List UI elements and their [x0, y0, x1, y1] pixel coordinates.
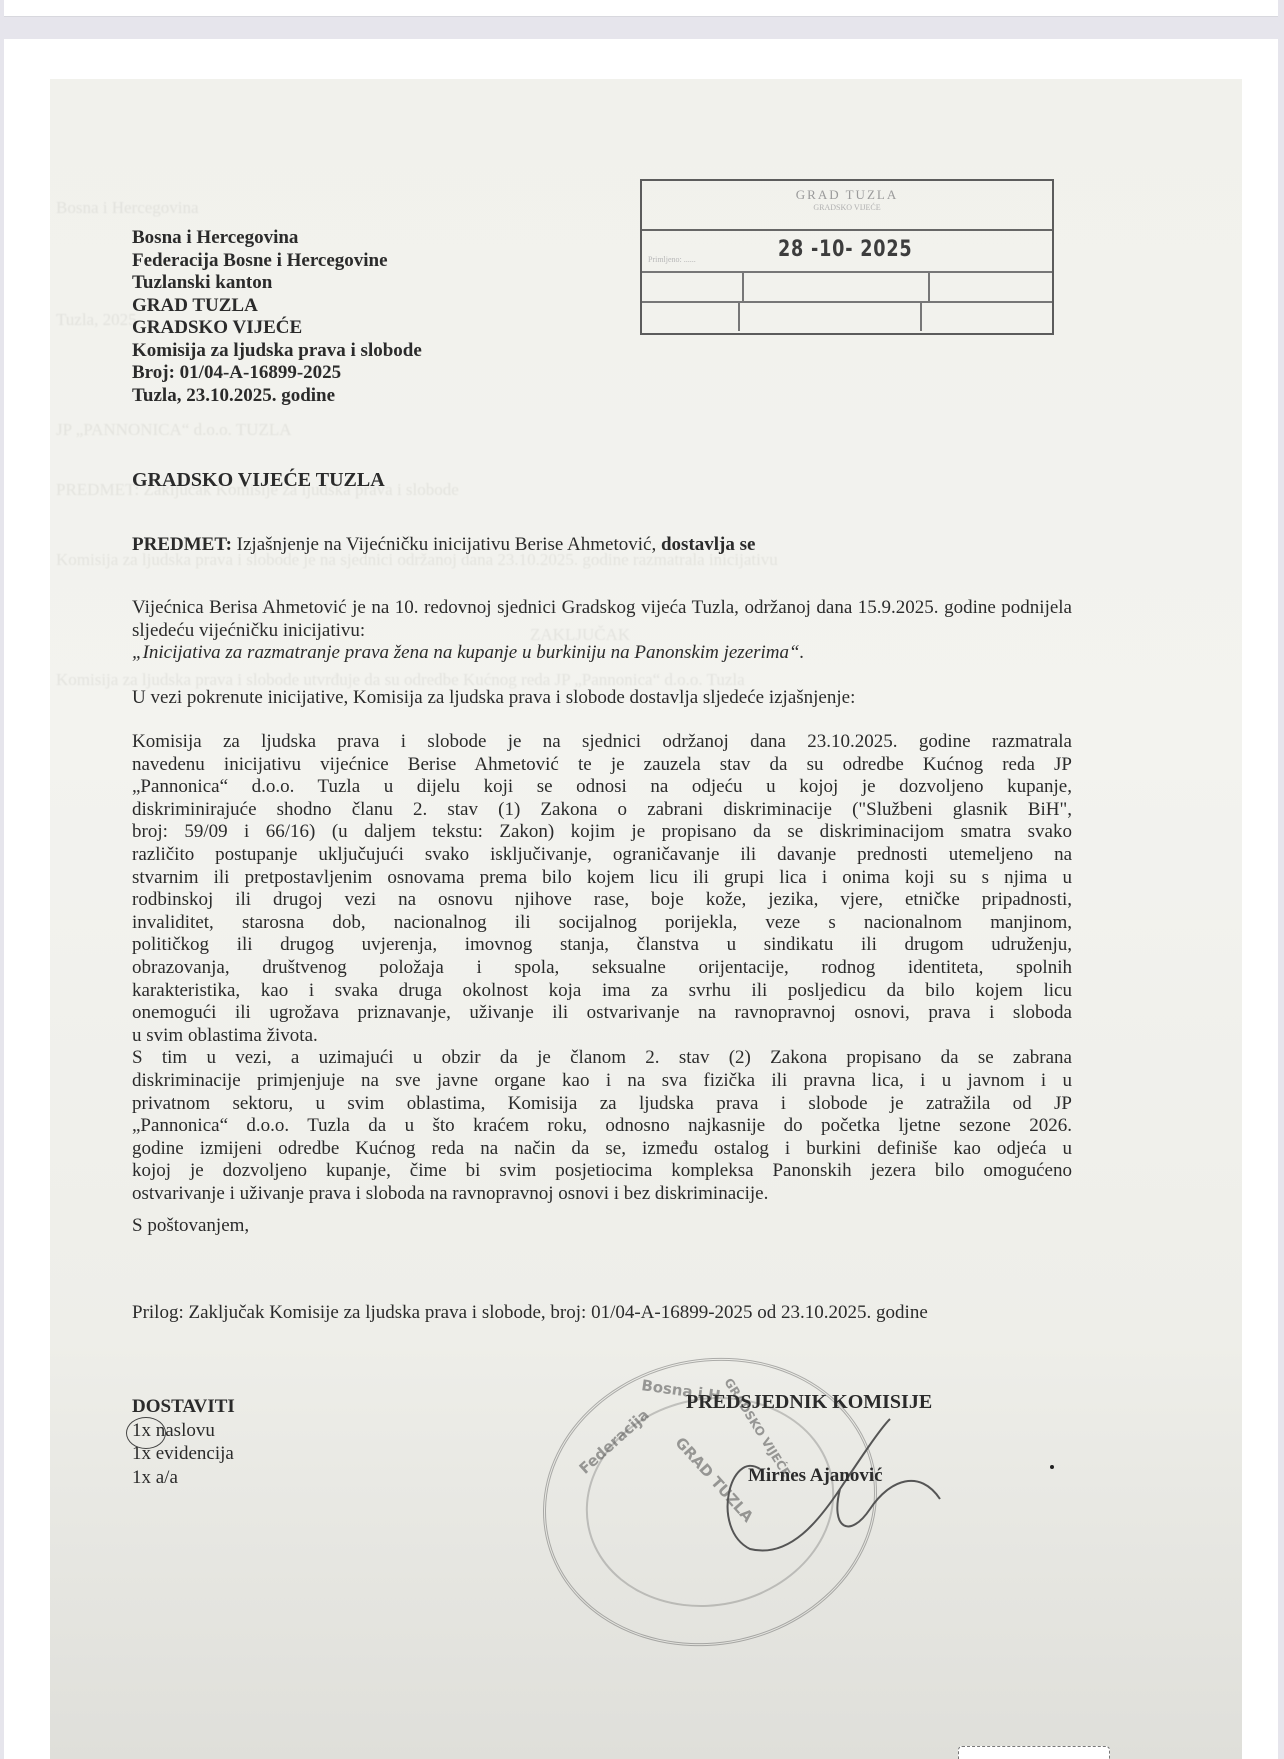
paragraph-intro: Vijećnica Berisa Ahmetović je na 10. red… — [132, 597, 1072, 665]
explanation-line: političkog ili drugog uvjerenja, imovnog… — [132, 934, 1072, 957]
explanation-line: invaliditet, starosna dob, nacionalnog i… — [132, 912, 1072, 935]
explanation-line: navedenu inicijativu vijećnice Berise Ah… — [132, 754, 1072, 777]
explanation-line: godine izmijeni odredbe Kućnog reda na n… — [132, 1138, 1072, 1161]
document-date: Tuzla, 23.10.2025. godine — [132, 385, 422, 408]
explanation-line: stvarnim ili pretpostavljenim osnovama p… — [132, 867, 1072, 890]
distribution-list: DOSTAVITI 1x naslovu 1x evidencija 1x a/… — [132, 1395, 235, 1489]
explanation-line: privatnom sektoru, u svim oblastima, Kom… — [132, 1093, 1072, 1116]
bleed-through-text: Tuzla, 2025 — [56, 309, 137, 331]
handwritten-circle-mark — [126, 1417, 166, 1449]
stamp-sub: GRADSKO VIJEĆE — [642, 203, 1052, 212]
initiative-quote: „Inicijativa za razmatranje prava žena n… — [132, 642, 1072, 665]
intro-text: Vijećnica Berisa Ahmetović je na 10. red… — [132, 597, 1072, 642]
explanation-line: diskriminirajuće shodno članu 2. stav (1… — [132, 799, 1072, 822]
ink-dot — [1050, 1465, 1054, 1469]
paragraph-context: U vezi pokrenute inicijative, Komisija z… — [132, 687, 1072, 710]
letterhead-line: GRAD TUZLA — [132, 295, 422, 318]
explanation-line: karakteristika, kao i svaka druga okolno… — [132, 980, 1072, 1003]
attachment-note: Prilog: Zaključak Komisije za ljudska pr… — [132, 1301, 1072, 1325]
explanation-line: ostvarivanje i uživanje prava i sloboda … — [132, 1183, 1072, 1206]
explanation-line: diskriminacije primjenjuje na sve javne … — [132, 1070, 1072, 1093]
stamp-cell — [740, 303, 922, 331]
explanation-line: S tim u vezi, a uzimajući u obzir da je … — [132, 1047, 1072, 1070]
explanation-line: kojoj je dozvoljeno kupanje, čime bi svi… — [132, 1160, 1072, 1183]
explanation-line: broj: 59/09 i 66/16) (u daljem tekstu: Z… — [132, 821, 1072, 844]
stamp-faint-label: Primljeno: ...... — [648, 255, 696, 264]
stamp-cell — [744, 273, 930, 301]
bottom-control[interactable] — [958, 1746, 1110, 1759]
reference-number: Broj: 01/04-A-16899-2025 — [132, 362, 422, 385]
letterhead: Bosna i Hercegovina Federacija Bosne i H… — [132, 227, 422, 407]
distribution-item: 1x a/a — [132, 1466, 235, 1490]
subject-suffix: dostavlja se — [661, 534, 755, 555]
bleed-through-text: JP „PANNONICA“ d.o.o. TUZLA — [56, 419, 292, 441]
letterhead-line: Komisija za ljudska prava i slobode — [132, 340, 422, 363]
photo-card: Bosna i Hercegovina Tuzla, 2025 JP „PANN… — [4, 39, 1278, 1759]
explanation-line: „Pannonica“ d.o.o. Tuzla u dijelu koji s… — [132, 776, 1072, 799]
explanation-line: u svim oblastima života. — [132, 1025, 1072, 1048]
previous-item-card — [4, 0, 1278, 17]
signer-name: Mirnes Ajanović — [748, 1465, 883, 1487]
explanation-line: Komisija za ljudska prava i slobode je n… — [132, 731, 1072, 754]
subject-line: PREDMET: Izjašnjenje na Vijećničku inici… — [132, 534, 755, 556]
stamp-cell — [642, 303, 740, 331]
explanation-line: „Pannonica“ d.o.o. Tuzla da u što kraćem… — [132, 1115, 1072, 1138]
subject-text: Izjašnjenje na Vijećničku inicijativu Be… — [232, 534, 661, 555]
letterhead-line: Tuzlanski kanton — [132, 272, 422, 295]
recipient: GRADSKO VIJEĆE TUZLA — [132, 469, 385, 492]
letterhead-line: GRADSKO VIJEĆE — [132, 317, 422, 340]
bleed-through-text: Bosna i Hercegovina — [56, 197, 199, 219]
scanned-document: Bosna i Hercegovina Tuzla, 2025 JP „PANN… — [50, 79, 1242, 1759]
stamp-date: 28 -10- 2025 — [778, 237, 912, 262]
letterhead-line: Federacija Bosne i Hercegovine — [132, 250, 422, 273]
received-stamp: GRAD TUZLA GRADSKO VIJEĆE Primljeno: ...… — [640, 179, 1054, 335]
explanation-line: različito postupanje uključujući svako i… — [132, 844, 1072, 867]
explanation-line: rodbinskoj ili drugoj vezi na osnovu nji… — [132, 889, 1072, 912]
closing: S poštovanjem, — [132, 1215, 249, 1237]
explanation-line: obrazovanja, društvenog položaja i spola… — [132, 957, 1072, 980]
stamp-cell — [922, 303, 1052, 331]
stamp-cell — [930, 273, 1052, 301]
stamp-cell — [642, 273, 744, 301]
distribution-heading: DOSTAVITI — [132, 1395, 235, 1419]
letterhead-line: Bosna i Hercegovina — [132, 227, 422, 250]
stamp-organization: GRAD TUZLA — [642, 181, 1052, 203]
paragraph-explanation: Komisija za ljudska prava i slobode je n… — [132, 731, 1072, 1205]
subject-label: PREDMET: — [132, 534, 232, 555]
explanation-line: onemogući ili ugrožava priznavanje, uživ… — [132, 1002, 1072, 1025]
